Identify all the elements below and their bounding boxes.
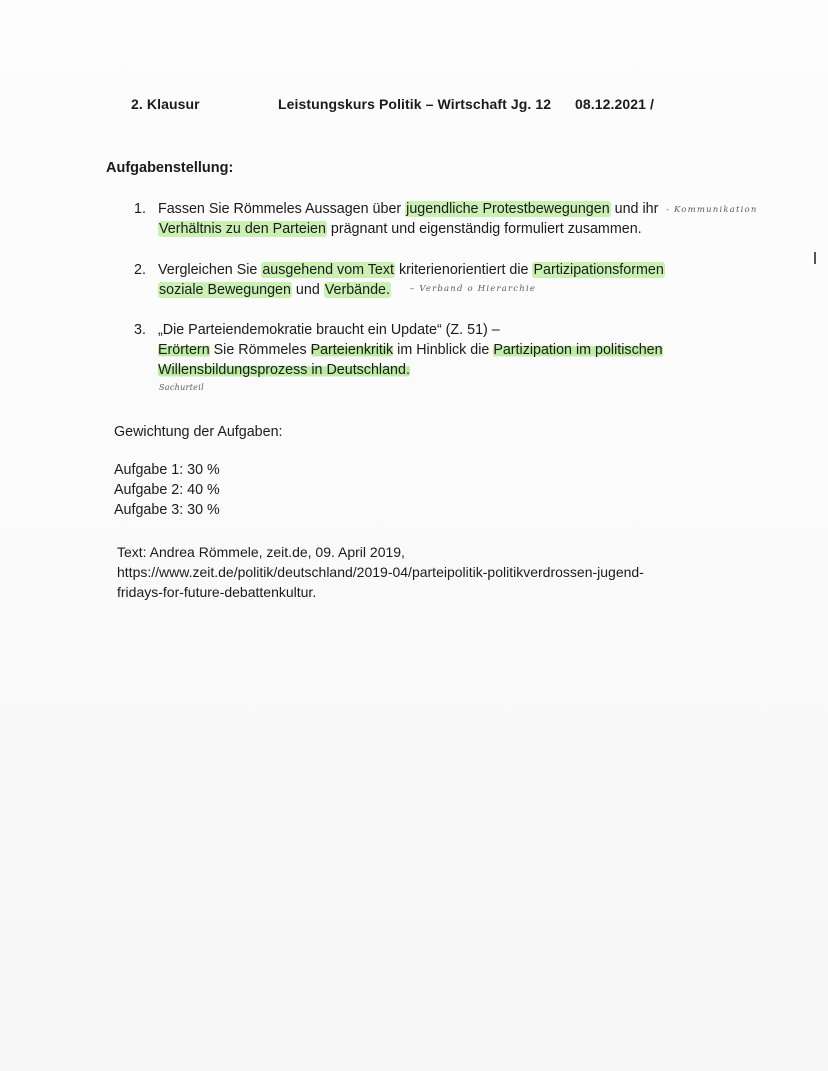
highlight: Verbände. (324, 282, 391, 298)
text-segment: Fassen Sie Römmeles Aussagen über (158, 201, 405, 217)
section-title: Aufgabenstellung: (106, 160, 233, 176)
course-title: Leistungskurs Politik – Wirtschaft Jg. 1… (278, 96, 551, 112)
handwritten-note: – Verband o Hierarchie (410, 284, 536, 294)
text-segment: im Hinblick die (393, 342, 493, 358)
task-text: Fassen Sie Römmeles Aussagen über jugend… (158, 199, 658, 239)
text-segment: kriterienorientiert die (395, 262, 532, 278)
source-citation: Text: Andrea Römmele, zeit.de, 09. April… (117, 542, 644, 602)
highlight: Erörtern (158, 342, 210, 358)
highlight: Parteienkritik (311, 342, 394, 358)
highlight: ausgehend vom Text (261, 262, 395, 278)
exam-number: 2. Klausur (131, 96, 200, 112)
exam-date: 08.12.2021 / (575, 96, 654, 112)
text-segment: und (292, 282, 324, 298)
weight-item: Aufgabe 3: 30 % (114, 502, 220, 518)
task-number: 1. (134, 199, 146, 219)
highlight: Willensbildungsprozess in Deutschland. (158, 362, 410, 378)
source-line: Text: Andrea Römmele, zeit.de, 09. April… (117, 542, 644, 562)
highlight: Partizipationsformen (532, 262, 664, 278)
handwritten-note: Sachurteil (159, 383, 204, 392)
weight-item: Aufgabe 1: 30 % (114, 462, 220, 478)
exam-page: 2. Klausur Leistungskurs Politik – Wirts… (0, 0, 828, 1071)
highlight: Partizipation im politischen (493, 342, 662, 358)
scan-edge-mark (814, 252, 816, 264)
task-line: Erörtern Sie Römmeles Parteienkritik im … (158, 340, 663, 360)
source-url-line: https://www.zeit.de/politik/deutschland/… (117, 562, 644, 582)
highlight: jugendliche Protestbewegungen (405, 201, 611, 217)
text-segment: Vergleichen Sie (158, 262, 261, 278)
weights-title: Gewichtung der Aufgaben: (114, 424, 283, 440)
highlight: soziale Bewegungen (158, 282, 292, 298)
text-segment: Sie Römmeles (210, 342, 311, 358)
task-line: Fassen Sie Römmeles Aussagen über jugend… (158, 199, 658, 219)
highlight: Verhältnis zu den Parteien (158, 221, 327, 237)
task-number: 3. (134, 320, 146, 340)
handwritten-note: - Kommunikation (666, 205, 758, 215)
text-segment: und ihr (611, 201, 659, 217)
task-text: „Die Parteiendemokratie braucht ein Upda… (158, 320, 663, 380)
task-number: 2. (134, 260, 146, 280)
text-segment: prägnant und eigenständig formuliert zus… (327, 221, 642, 237)
task-text: Vergleichen Sie ausgehend vom Text krite… (158, 260, 665, 300)
weight-item: Aufgabe 2: 40 % (114, 482, 220, 498)
task-line: Willensbildungsprozess in Deutschland. (158, 360, 663, 380)
task-line: „Die Parteiendemokratie braucht ein Upda… (158, 320, 663, 340)
source-url-line: fridays-for-future-debattenkultur. (117, 582, 644, 602)
task-line: Verhältnis zu den Parteien prägnant und … (158, 219, 658, 239)
task-line: Vergleichen Sie ausgehend vom Text krite… (158, 260, 665, 280)
